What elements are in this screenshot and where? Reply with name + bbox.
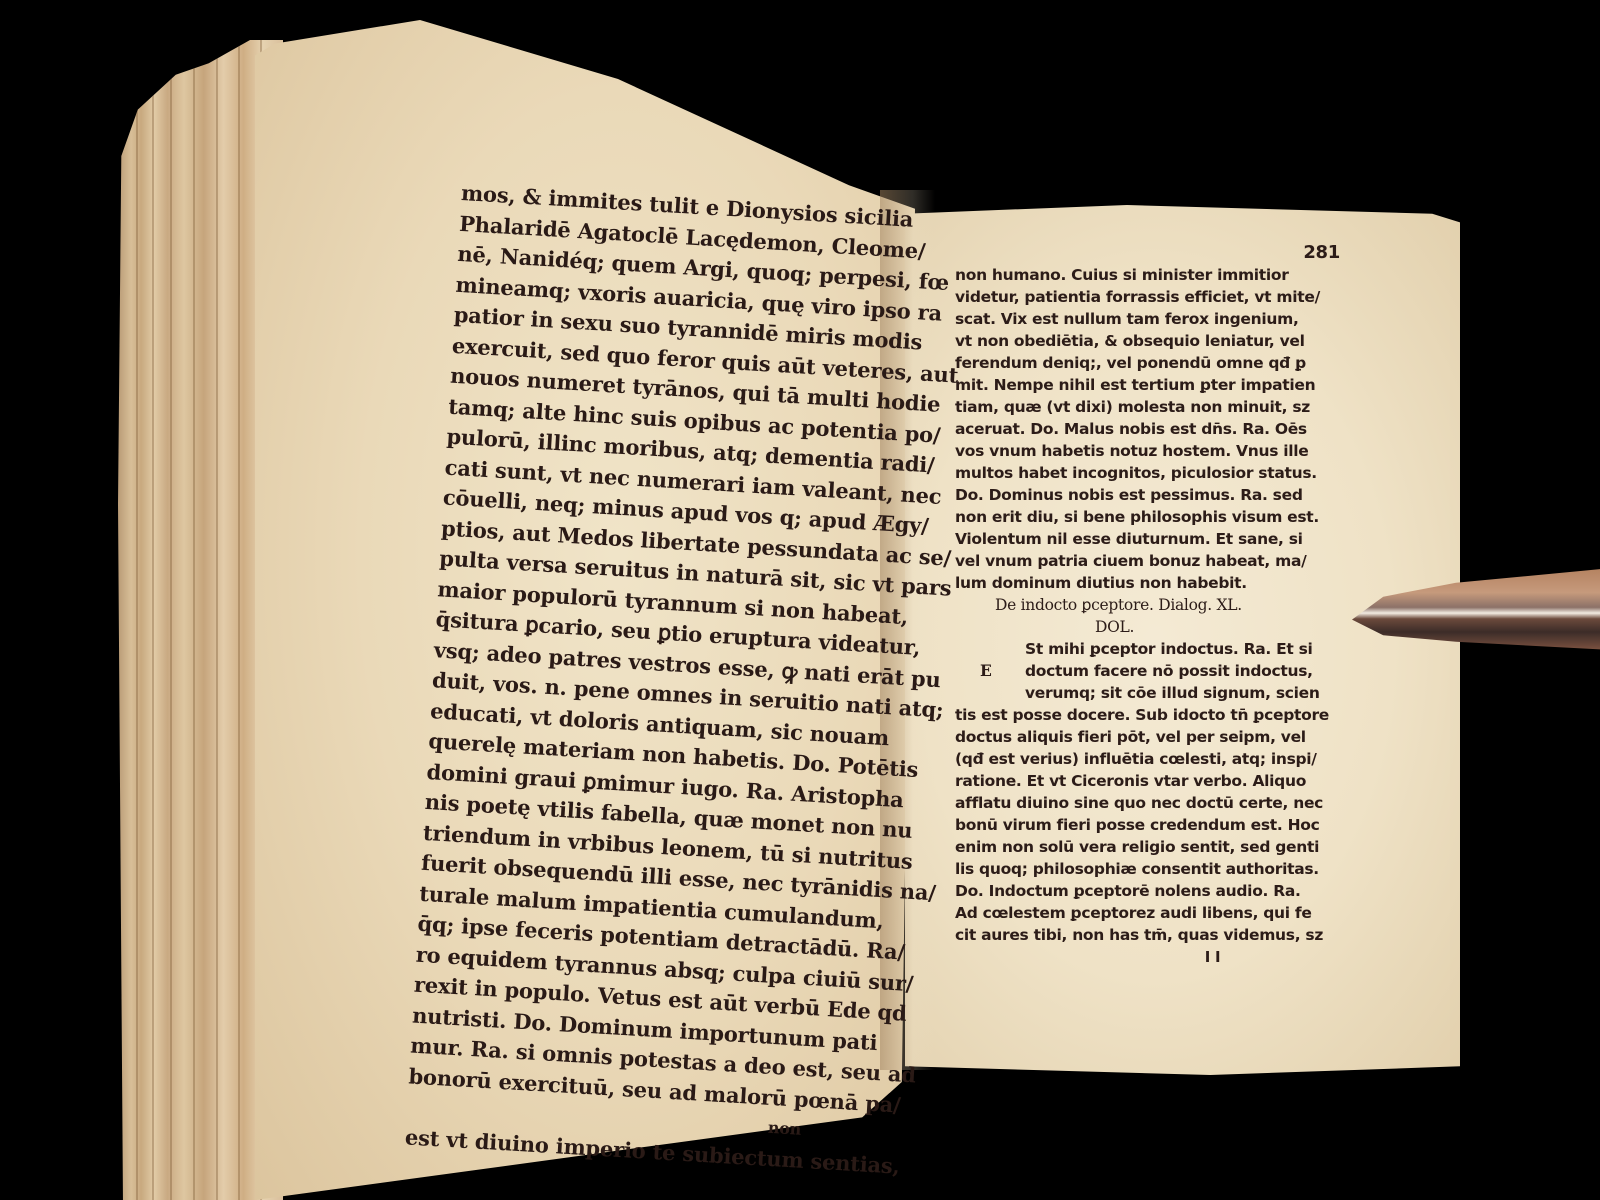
text-line: vos vnum habetis notuz hostem. Vnus ille bbox=[955, 440, 1350, 462]
text-line: non erit diu, si bene philosophis visum … bbox=[955, 506, 1350, 528]
left-page-text: mos, & immites tulit e Dionysios sicilia… bbox=[404, 178, 881, 1177]
text-line: lum dominum diutius non habebit. bbox=[955, 572, 1350, 594]
text-line: verumq; sit cōe illud signum, scien bbox=[955, 682, 1350, 704]
text-line: cit aures tibi, non has tm̄, quas videmu… bbox=[955, 924, 1350, 946]
text-line: enim non solū vera religio sentit, sed g… bbox=[955, 836, 1350, 858]
photo-scene: mos, & immites tulit e Dionysios sicilia… bbox=[0, 0, 1600, 1200]
text-line: Do. Dominus nobis est pessimus. Ra. sed bbox=[955, 484, 1350, 506]
text-line: afflatu diuino sine quo nec doctū certe,… bbox=[955, 792, 1350, 814]
text-line: tis est posse docere. Sub idocto tn̄ ꝑce… bbox=[955, 704, 1350, 726]
signature-mark: I I bbox=[955, 946, 1350, 968]
right-page-text: 281 non humano. Cuius si minister immiti… bbox=[955, 242, 1350, 968]
text-line: vt non obediētia, & obsequio leniatur, v… bbox=[955, 330, 1350, 352]
text-line: tiam, quæ (vt dixi) molesta non minuit, … bbox=[955, 396, 1350, 418]
text-line: bonū virum fieri posse credendum est. Ho… bbox=[955, 814, 1350, 836]
text-line: Ad cœlestem ꝑceptorez audi libens, qui f… bbox=[955, 902, 1350, 924]
text-line: Do. Indoctum ꝑceptorē nolens audio. Ra. bbox=[955, 880, 1350, 902]
text-line: St mihi ꝑceptor indoctus. Ra. Et si bbox=[955, 638, 1350, 660]
text-line: mit. Nempe nihil est tertium ꝑter impati… bbox=[955, 374, 1350, 396]
initial-row: E doctum facere nō possit indoctus, bbox=[955, 660, 1350, 682]
text-line: aceruat. Do. Malus nobis est dn̄s. Ra. O… bbox=[955, 418, 1350, 440]
text-line: videtur, patientia forrassis efficiet, v… bbox=[955, 286, 1350, 308]
text-line: non humano. Cuius si minister immitior bbox=[955, 264, 1350, 286]
text-line: multos habet incognitos, piculosior stat… bbox=[955, 462, 1350, 484]
dialogue-heading: De indocto ꝑceptore. Dialog. XL. bbox=[955, 594, 1350, 616]
text-line: vel vnum patria ciuem bonuz habeat, ma/ bbox=[955, 550, 1350, 572]
text-line: doctus aliquis fieri pōt, vel per seipm,… bbox=[955, 726, 1350, 748]
guide-letter: E bbox=[980, 660, 992, 682]
text-line: lis quoq; philosophiæ consentit authorit… bbox=[955, 858, 1350, 880]
folio-number: 281 bbox=[955, 242, 1350, 264]
text-line: doctum facere nō possit indoctus, bbox=[1025, 662, 1313, 680]
text-line: ferendum deniq;, vel ponendū omne qđ ꝑ bbox=[955, 352, 1350, 374]
speaker-label: DOL. bbox=[955, 616, 1350, 638]
text-line: (qđ est verius) influētia cœlesti, atq; … bbox=[955, 748, 1350, 770]
text-line: Violentum nil esse diuturnum. Et sane, s… bbox=[955, 528, 1350, 550]
text-line: scat. Vix est nullum tam ferox ingenium, bbox=[955, 308, 1350, 330]
text-line: ratione. Et vt Ciceronis vtar verbo. Ali… bbox=[955, 770, 1350, 792]
